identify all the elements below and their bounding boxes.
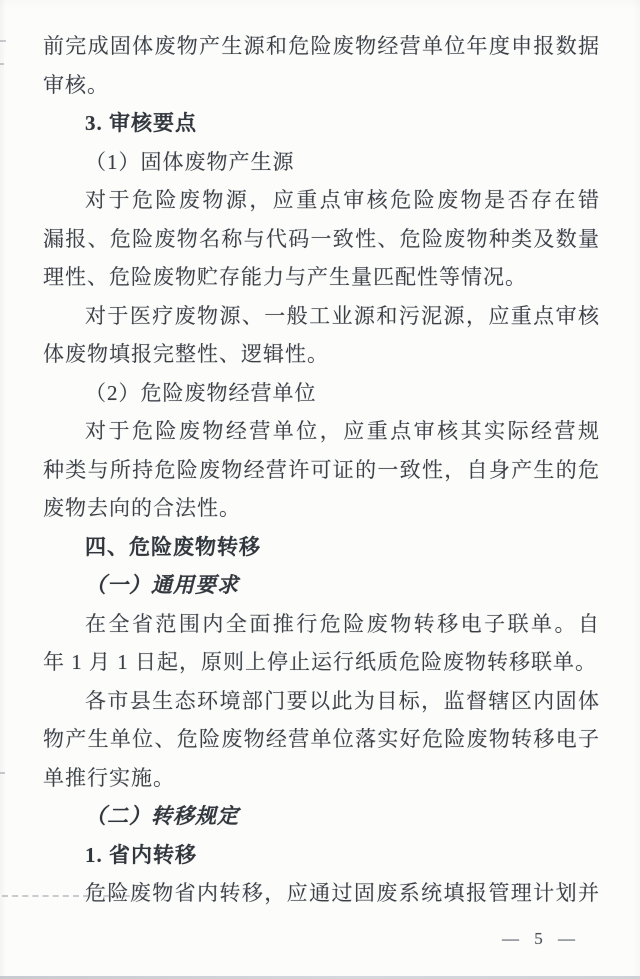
scan-artifact-tick	[0, 63, 4, 65]
text-line: 漏报、危险废物名称与代码一致性、危险废物种类及数量合	[43, 220, 600, 259]
text-line: 前完成固体废物产生源和危险废物经营单位年度申报数据	[43, 27, 600, 66]
scan-artifact-tick	[0, 40, 6, 42]
text-line: 对于危险废物经营单位，应重点审核其实际经营规模、	[43, 412, 600, 451]
text-line: 体废物填报完整性、逻辑性。	[43, 335, 600, 374]
text-line: 对于医疗废物源、一般工业源和污泥源，应重点审核固	[43, 297, 600, 336]
text-line: 危险废物省内转移，应通过固废系统填报管理计划并申	[43, 874, 600, 913]
subheading-solid-waste-source: （1）固体废物产生源	[43, 143, 600, 182]
text-line: 种类与所持危险废物经营许可证的一致性，自身产生的危险	[43, 451, 600, 490]
text-line: 在全省范围内全面推行危险废物转移电子联单。自 2020	[43, 605, 600, 644]
heading-review-points: 3. 审核要点	[43, 104, 600, 143]
subheading-transfer-rules: （二）转移规定	[43, 797, 600, 836]
heading-hazardous-waste-transfer: 四、危险废物转移	[43, 528, 600, 567]
text-line: 对于危险废物源，应重点审核危险废物是否存在错报、	[43, 181, 600, 220]
text-line: 各市县生态环境部门要以此为目标，监督辖区内固体废	[43, 682, 600, 721]
scanned-document-page: 前完成固体废物产生源和危险废物经营单位年度申报数据 审核。 3. 审核要点 （1…	[0, 0, 640, 979]
document-text-block: 前完成固体废物产生源和危险废物经营单位年度申报数据 审核。 3. 审核要点 （1…	[43, 27, 600, 913]
scan-artifact-tick	[0, 772, 5, 774]
subheading-general-requirements: （一）通用要求	[43, 566, 600, 605]
text-line: 物产生单位、危险废物经营单位落实好危险废物转移电子联	[43, 720, 600, 759]
text-line: 废物去向的合法性。	[43, 489, 600, 528]
page-number: — 5 —	[502, 926, 576, 952]
text-line: 审核。	[43, 66, 600, 105]
text-line: 单推行实施。	[43, 759, 600, 798]
heading-intra-province-transfer: 1. 省内转移	[43, 836, 600, 875]
scan-artifact-dashed-line	[2, 895, 150, 897]
text-line: 理性、危险废物贮存能力与产生量匹配性等情况。	[43, 258, 600, 297]
text-line: 年 1 月 1 日起，原则上停止运行纸质危险废物转移联单。	[43, 643, 600, 682]
subheading-hw-operating-unit: （2）危险废物经营单位	[43, 374, 600, 413]
